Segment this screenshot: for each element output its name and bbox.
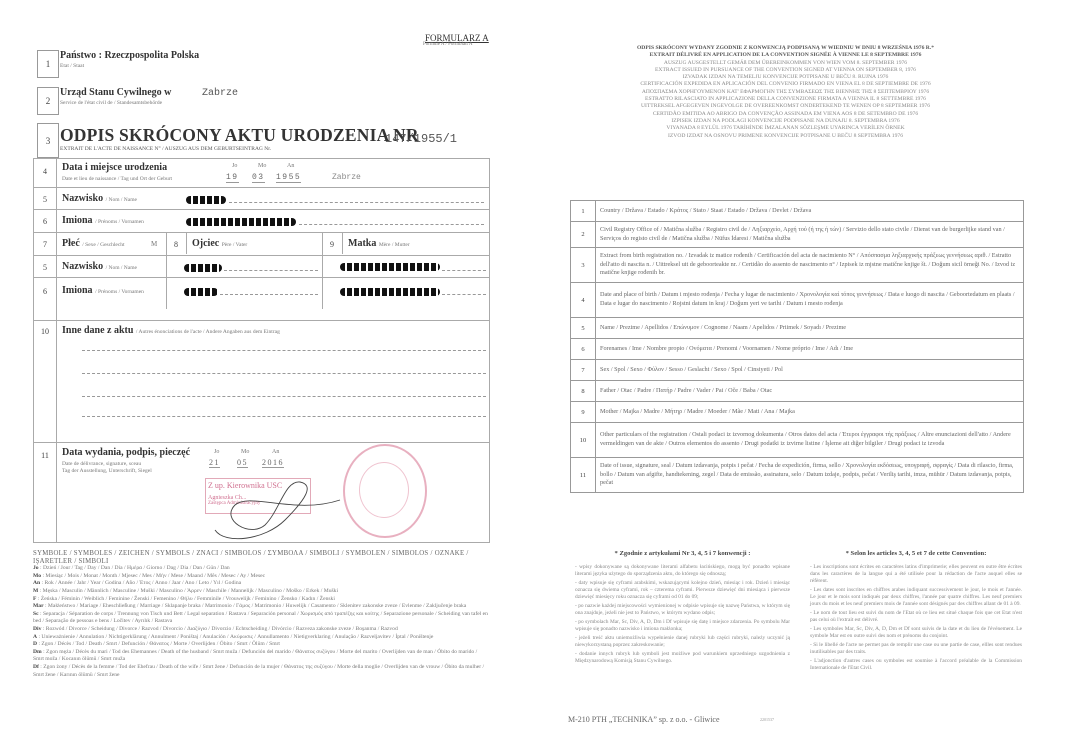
symbol-key: Dm bbox=[33, 649, 42, 655]
symbol-meaning: : Zgon żony / Décès de la femme / Tod de… bbox=[33, 664, 484, 678]
redacted-mother-forenames bbox=[340, 288, 440, 296]
translation-row-number: 7 bbox=[571, 360, 596, 380]
surname-row bbox=[34, 187, 489, 188]
translation-row: 10Other particulars of the registration … bbox=[571, 422, 1023, 457]
convention-header-lines: AUSZUG AUSGESTELLT GEMÄß DEM ÜBEREINKOMM… bbox=[578, 60, 993, 140]
translation-row-number: 1 bbox=[571, 201, 596, 221]
translation-row: 1Country / Država / Estado / Κράτος / St… bbox=[571, 201, 1023, 221]
convention-header-line: CERTIFICACIÓN EXPEDIDA EN APLICACIÓN DEL… bbox=[578, 81, 993, 88]
symbols-legend: SYMBOLE / SYMBOLES / ZEICHEN / SYMBOLS /… bbox=[33, 550, 488, 679]
symbol-meaning: : Rok / Année / Jahr / Year / Godina / A… bbox=[40, 580, 241, 586]
note-paragraph: - Si le libellé de l'acte ne permet pas … bbox=[810, 642, 1022, 656]
note-paragraph: - Les inscriptions sont écrites en carac… bbox=[810, 564, 1022, 585]
birth-place: Zabrze bbox=[332, 173, 361, 182]
translation-row-text: Civil Registry Office of / Matična služb… bbox=[596, 222, 1023, 247]
translation-row: 3Extract from birth registration no. / I… bbox=[571, 247, 1023, 282]
field-number-5: 5 bbox=[34, 195, 56, 204]
form-a-front-page: FORMULARZ A Formule A / Formblatt A 1 Pa… bbox=[0, 0, 540, 752]
convention-header-line: ESTRATTO RILASCIATO IN APPLICAZIONE DELL… bbox=[578, 96, 993, 103]
symbol-meaning: : Zgon / Décès / Tod / Death / Smrt / De… bbox=[37, 641, 280, 647]
forenames-label: Imiona / Prénoms / Vornamen bbox=[62, 215, 144, 226]
notes-french-body: - Les inscriptions sont écrites en carac… bbox=[810, 564, 1022, 672]
translation-row: 7Sex / Spol / Sexo / Φύλον / Sesso / Ges… bbox=[571, 359, 1023, 380]
father-number-divider bbox=[186, 232, 187, 254]
symbol-entry: An : Rok / Année / Jahr / Year / Godina … bbox=[33, 580, 488, 588]
translation-row-text: Mother / Majka / Madre / Μήτηρ / Madre /… bbox=[596, 402, 1023, 422]
translation-row-number: 5 bbox=[571, 318, 596, 338]
field-number-4: 4 bbox=[34, 167, 56, 176]
translation-row-text: Extract from birth registration no. / Iz… bbox=[596, 248, 1023, 282]
redacted-forenames bbox=[186, 218, 296, 226]
field-number-8: 8 bbox=[166, 240, 186, 249]
country-sublabel: Etat / Staat bbox=[60, 63, 84, 69]
issue-sublabel-de: Tag der Ausstellung, Unterschrift, Siege… bbox=[62, 468, 152, 474]
translation-row: 4Date and place of birth / Datum i mjest… bbox=[571, 282, 1023, 317]
symbol-entry: Mar : Małżeństwo / Mariage / Eheschließu… bbox=[33, 603, 488, 611]
father-surname-dotted-line bbox=[224, 270, 318, 271]
print-code: 2201537 bbox=[760, 717, 774, 722]
round-seal-stamp bbox=[343, 444, 427, 538]
convention-header-bold: ODPIS SKRÓCONY WYDANY ZGODNIE Z KONWENCJ… bbox=[578, 45, 993, 60]
note-paragraph: - wpisy dokonywane są dokonywane literam… bbox=[575, 564, 790, 578]
field-number-11: 11 bbox=[34, 451, 56, 460]
month-label: Mo bbox=[258, 163, 266, 169]
mother-number-divider bbox=[342, 232, 343, 254]
year-label: An bbox=[287, 163, 294, 169]
convention-header-line: IZVOD IZDAT NA OSNOVU PRIMENE KONVENCIJE… bbox=[578, 133, 993, 140]
symbol-meaning: : Zgon męża / Décès du mari / Tod des Eh… bbox=[33, 649, 477, 663]
symbol-meaning: : Miesiąc / Mois / Monat / Month / Mjese… bbox=[41, 573, 265, 579]
issue-sublabel-fr: Date de délivrance, signature, sceau bbox=[62, 461, 141, 467]
act-number: 147/1955/1 bbox=[385, 132, 457, 146]
note-paragraph: - daty wpisuje się cyframi arabskimi, ws… bbox=[575, 580, 790, 601]
translation-row-text: Forenames / Ime / Nombre propio / Ονόματ… bbox=[596, 339, 1023, 359]
mother-forenames-dotted-line bbox=[442, 294, 486, 295]
birth-date-place-label: Data i miejsce urodzenia bbox=[62, 162, 167, 173]
birth-day: 19 bbox=[226, 173, 239, 183]
redacted-surname bbox=[186, 196, 226, 204]
translation-row-number: 3 bbox=[571, 248, 596, 282]
convention-header-line: AUSZUG AUSGESTELLT GEMÄß DEM ÜBEREINKOMM… bbox=[578, 60, 993, 67]
symbol-meaning: : Dzień / Jour / Tag / Day / Dan / Día /… bbox=[39, 565, 230, 571]
symbol-entry: Mo : Miesiąc / Mois / Monat / Month / Mj… bbox=[33, 573, 488, 581]
symbol-entry: Sc : Separacja / Séparation de corps / T… bbox=[33, 611, 488, 626]
translation-row-number: 2 bbox=[571, 222, 596, 247]
other-particulars-line-1 bbox=[82, 350, 486, 351]
field-number-1: 1 bbox=[37, 50, 59, 78]
sex-value: M bbox=[151, 240, 157, 248]
redacted-mother-surname bbox=[340, 263, 440, 271]
field-number-9: 9 bbox=[322, 240, 342, 249]
symbol-meaning: : Małżeństwo / Mariage / Eheschließung /… bbox=[44, 603, 467, 609]
notes-french-title: * Selon les articles 3, 4, 5 et 7 de cet… bbox=[810, 550, 1022, 557]
convention-header-line: EXTRAIT DÉLIVRÉ EN APPLICATION DE LA CON… bbox=[578, 52, 993, 59]
issue-year-label: An bbox=[272, 449, 279, 455]
field-number-7: 7 bbox=[34, 240, 56, 249]
issue-date-signature-label: Data wydania, podpis, pieczęć bbox=[62, 447, 190, 458]
document-title-translation: EXTRAIT DE L'ACTE DE NAISSANCE N° / AUSZ… bbox=[60, 146, 271, 152]
note-paragraph: - po symbolach Mar, Sc, Div, A, D, Dm i … bbox=[575, 619, 790, 633]
convention-header-line: VIYANADA 8 EYLÜL 1976 TARİHİNDE İMZALANA… bbox=[578, 125, 993, 132]
symbol-meaning: : Męska / Masculin / Männlich / Masculin… bbox=[38, 588, 338, 594]
translation-row-number: 4 bbox=[571, 283, 596, 317]
translation-row-text: Country / Država / Estado / Κράτος / Sta… bbox=[596, 201, 1023, 221]
translation-row-number: 11 bbox=[571, 458, 596, 492]
symbol-entry: Div : Rozwód / Divorce / Scheidung / Div… bbox=[33, 626, 488, 634]
other-particulars-line-4 bbox=[82, 416, 486, 417]
translation-row-text: Date and place of birth / Datum i mjesto… bbox=[596, 283, 1023, 317]
translation-row-text: Date of issue, signature, seal / Datum i… bbox=[596, 458, 1023, 492]
parents-forenames-label: Imiona / Prénoms / Vornamen bbox=[62, 285, 144, 296]
note-paragraph: - Les dates sont inscrites en chiffres a… bbox=[810, 587, 1022, 608]
publisher-footer: M-210 PTH „TECHNIKA” sp. z o.o. - Gliwic… bbox=[568, 715, 720, 724]
forenames-dotted-line bbox=[299, 224, 484, 225]
signature bbox=[205, 470, 345, 545]
notes-polish-title: * Zgodnie z artykułami Nr 3, 4, 5 i 7 ko… bbox=[575, 550, 790, 557]
parents-field-number-6: 6 bbox=[34, 287, 56, 296]
convention-header-line: ΑΠΟΣΠΑΣΜΑ ΧΟΡΗΓΟΥΜΕΝΟΝ ΚΑΤ' ΕΦΑΡΜΟΓΗΝ ΤΗ… bbox=[578, 89, 993, 96]
symbol-meaning: : Żeńska / Féminin / Weiblich / Feminine… bbox=[36, 596, 334, 602]
translation-row: 9Mother / Majka / Madre / Μήτηρ / Madre … bbox=[571, 401, 1023, 422]
day-label: Jo bbox=[232, 163, 237, 169]
civil-registry-label: Urząd Stanu Cywilnego w bbox=[60, 87, 171, 98]
translation-row-number: 6 bbox=[571, 339, 596, 359]
translation-row: 2Civil Registry Office of / Matična služ… bbox=[571, 221, 1023, 247]
translation-row-text: Father / Otac / Padre / Πατήρ / Padre / … bbox=[596, 381, 1023, 401]
father-forenames-dotted-line bbox=[220, 294, 318, 295]
symbol-entry: A : Unieważnienie / Annulation / Nichtig… bbox=[33, 634, 488, 642]
symbol-key: Mo bbox=[33, 573, 41, 579]
translation-row: 5Name / Prezime / Apellidos / Επώνυμον /… bbox=[571, 317, 1023, 338]
translation-row-text: Other particulars of the registration / … bbox=[596, 423, 1023, 457]
parents-forenames-row bbox=[34, 277, 489, 278]
other-particulars-label: Inne dane z aktu / Autres énonciations d… bbox=[62, 325, 280, 336]
translation-row: 6Forenames / Ime / Nombre propio / Ονόμα… bbox=[571, 338, 1023, 359]
translation-row-number: 8 bbox=[571, 381, 596, 401]
symbol-key: Mar bbox=[33, 603, 44, 609]
other-particulars-row bbox=[34, 320, 489, 321]
civil-registry-sublabel: Service de l'état civil de / Standesamts… bbox=[60, 100, 162, 106]
parents-surname-label: Nazwisko / Nom / Name bbox=[62, 261, 137, 272]
convention-header: ODPIS SKRÓCONY WYDANY ZGODNIE Z KONWENCJ… bbox=[578, 45, 993, 140]
translation-row-text: Sex / Spol / Sexo / Φύλον / Sesso / Gesl… bbox=[596, 360, 1023, 380]
symbol-meaning: : Rozwód / Divorce / Scheidung / Divorce… bbox=[41, 626, 397, 632]
symbol-entry: Df : Zgon żony / Décès de la femme / Tod… bbox=[33, 664, 488, 679]
symbol-entry: Jo : Dzień / Jour / Tag / Day / Dan / Dí… bbox=[33, 565, 488, 573]
symbol-entry: D : Zgon / Décès / Tod / Death / Smrt / … bbox=[33, 641, 488, 649]
translation-row-number: 10 bbox=[571, 423, 596, 457]
parents-surname-row bbox=[34, 255, 489, 256]
symbol-entry: Dm : Zgon męża / Décès du mari / Tod des… bbox=[33, 649, 488, 664]
symbol-entry: M : Męska / Masculin / Männlich / Mascul… bbox=[33, 588, 488, 596]
issue-row bbox=[34, 442, 489, 443]
note-paragraph: - dodanie innych rubryk lub symboli jest… bbox=[575, 651, 790, 665]
field-number-3: 3 bbox=[37, 123, 59, 158]
translation-row-text: Name / Prezime / Apellidos / Επώνυμον / … bbox=[596, 318, 1023, 338]
note-paragraph: - po nazwie każdej miejscowości wymienio… bbox=[575, 603, 790, 617]
surname-label: Nazwisko / Nom / Name bbox=[62, 193, 137, 204]
number-column-divider bbox=[56, 159, 57, 542]
issue-day-label: Jo bbox=[214, 449, 219, 455]
birth-year: 1955 bbox=[276, 173, 301, 183]
redacted-father-forenames bbox=[184, 288, 218, 296]
note-paragraph: - Le nom de tout lieu est suivi du nom d… bbox=[810, 610, 1022, 624]
symbol-meaning: : Separacja / Séparation de corps / Tren… bbox=[33, 611, 488, 625]
note-paragraph: - Les symboles Mar, Sc, Div, A, D, Dm et… bbox=[810, 626, 1022, 640]
birth-date-place-sublabel: Date et lieu de naissance / Tag und Ort … bbox=[62, 176, 172, 182]
field-number-6: 6 bbox=[34, 217, 56, 226]
sex-parents-row bbox=[34, 232, 489, 233]
country-label: Państwo : Rzeczpospolita Polska bbox=[60, 50, 199, 61]
father-label: Ojciec Père / Vater bbox=[192, 238, 247, 249]
symbols-heading: SYMBOLE / SYMBOLES / ZEICHEN / SYMBOLS /… bbox=[33, 550, 488, 565]
sex-label: Płeć / Sexe / Geschlecht bbox=[62, 238, 125, 249]
parents-field-number-5: 5 bbox=[34, 263, 56, 272]
other-particulars-line-2 bbox=[82, 373, 486, 374]
symbols-list: Jo : Dzień / Jour / Tag / Day / Dan / Dí… bbox=[33, 565, 488, 679]
issue-month-label: Mo bbox=[241, 449, 249, 455]
issue-year: 2016 bbox=[262, 458, 284, 468]
notes-french: * Selon les articles 3, 4, 5 et 7 de cet… bbox=[810, 550, 1022, 674]
forenames-row bbox=[34, 209, 489, 210]
field-number-10: 10 bbox=[34, 327, 56, 336]
birth-month: 03 bbox=[252, 173, 265, 183]
note-paragraph: - jeżeli treść aktu uniemożliwia wypełni… bbox=[575, 635, 790, 649]
field-number-2: 2 bbox=[37, 87, 59, 115]
issue-month: 05 bbox=[237, 458, 248, 468]
notes-polish-body: - wpisy dokonywane są dokonywane literam… bbox=[575, 564, 790, 665]
convention-header-line: UITTREKSEL AFGEGEVEN INGEVOLGE DE OVEREE… bbox=[578, 103, 993, 110]
translation-row: 8Father / Otac / Padre / Πατήρ / Padre /… bbox=[571, 380, 1023, 401]
surname-dotted-line bbox=[229, 202, 484, 203]
redacted-father-surname bbox=[184, 264, 222, 272]
note-paragraph: - L'adjonction d'autres cases ou symbole… bbox=[810, 658, 1022, 672]
symbol-meaning: : Unieważnienie / Annulation / Nichtiger… bbox=[37, 634, 433, 640]
translation-row: 11Date of issue, signature, seal / Datum… bbox=[571, 457, 1023, 492]
form-subtitle: Formule A / Formblatt A bbox=[423, 42, 472, 47]
issue-day: 21 bbox=[209, 458, 220, 468]
document-title: ODPIS SKRÓCONY AKTU URODZENIA NR bbox=[60, 125, 419, 146]
mother-label: Matka Mère / Mutter bbox=[348, 238, 410, 249]
notes-polish: * Zgodnie z artykułami Nr 3, 4, 5 i 7 ko… bbox=[575, 550, 790, 667]
convention-header-line: CERTIDÃO EMITIDA AO ABRIGO DA CONVENÇÃO … bbox=[578, 111, 993, 118]
civil-registry-value: Zabrze bbox=[202, 88, 238, 99]
mother-surname-dotted-line bbox=[442, 270, 486, 271]
field-translations-table: 1Country / Država / Estado / Κράτος / St… bbox=[570, 200, 1024, 493]
other-particulars-line-3 bbox=[82, 396, 486, 397]
translation-row-number: 9 bbox=[571, 402, 596, 422]
